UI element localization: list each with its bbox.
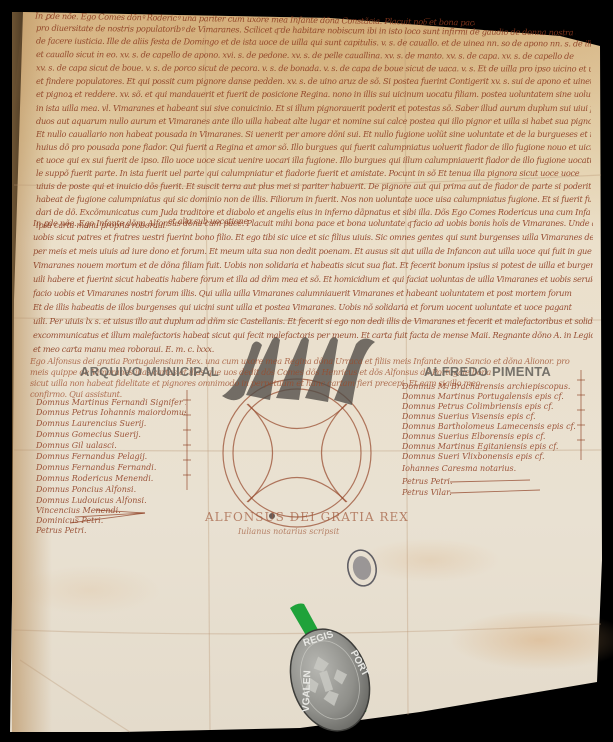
- witness-item: Domnus Sueri Vlixbonensis epis cf.: [402, 452, 545, 461]
- witness-item: Vincencius Menendi.: [36, 506, 121, 515]
- text-line: et meo carta manu mea roboraui. E. m. c.…: [33, 344, 233, 354]
- text-line: huius dõ pro pousada pone fiador. Qui fu…: [36, 142, 591, 152]
- watermark-text-left: ARQUIVO MUNICIPAL: [80, 364, 219, 379]
- witness-item: Domnus Gomecius Suerij.: [36, 430, 141, 439]
- witness-item: Domnus Suerius Elborensis epis cf.: [402, 432, 545, 441]
- text-line: uiuis de poste qui et inuicio dõs fuerit…: [36, 181, 591, 191]
- rota-signature: ALFONSUS DEI GRATIA REX: [205, 510, 409, 524]
- text-line: et findere populatores. Et qui possit cu…: [36, 76, 591, 86]
- witness-item: Domnus Gil ualasci.: [36, 441, 117, 450]
- rota-subscription: Iulianus notarius scripsit: [238, 527, 339, 536]
- text-line: xv. s. de capa sicut de boue. v. s. de p…: [36, 63, 591, 74]
- watermark-text-right: ALFREDO PIMENTA: [424, 364, 551, 379]
- text-line: et cauallo sicut in eo. xv. s. de capell…: [36, 49, 591, 61]
- witness-item: Domnus Laurencius Suerij.: [36, 419, 146, 428]
- viewer-stage: REGIS PORT VGALEN In ꝑde nõe. Ego Comes …: [0, 0, 613, 742]
- text-line: uobis sicut patres et fratres uestri fue…: [33, 232, 593, 242]
- witness-item: Petrus Petri.: [402, 477, 453, 486]
- text-line: Et de illis habeatis de illos burgenses …: [33, 302, 593, 312]
- witness-item: Domnus M. Bracharensis archiepiscopus.: [402, 382, 570, 391]
- text-line: Et nullo cauallario non habeat pousada i…: [36, 129, 591, 139]
- text-line: et uoce qui ex sui fuerit de ipso. Illo …: [36, 155, 591, 165]
- text-line: excommunicatus et illum malefactoris hab…: [33, 330, 593, 340]
- witness-item: Petrus Petri.: [36, 526, 87, 535]
- text-line: uili. Per uiuis lx s. et uisus illo aut …: [33, 316, 593, 326]
- text-line: Vimaranes nouem mortum et de dõna filiam…: [33, 260, 593, 270]
- witness-item: Domnus Fernandus Pelagij.: [36, 452, 147, 461]
- text-line: facio uobis et Vimaranes nostri forum il…: [33, 288, 593, 298]
- text-line: et pignoꝝ et reddere. xv. sõ. et qui man…: [36, 89, 591, 99]
- witness-item: Domnus Fernandus Fernandi.: [36, 463, 156, 472]
- witness-item: Domnus Rodericus Menendi.: [36, 474, 153, 483]
- witness-item: Domnus Bartholomeus Lamecensis epis cf.: [402, 422, 576, 431]
- witness-item: Domnus Petrus Colimbriensis epis cf.: [402, 402, 553, 411]
- witness-item: Domnus Martinus Egitaniensis epis cf.: [402, 442, 558, 451]
- text-line: le suppõ fuerit parte. In ista fuerit ue…: [36, 168, 591, 178]
- text-line: uili habere et fuerint sicut habeatis ha…: [33, 274, 593, 284]
- text-line: habeat de fugione calumpniatus qui sic d…: [36, 194, 591, 204]
- witness-item: Domnus Suerius Visensis epis cf.: [402, 412, 536, 421]
- text-line: duos aut aquarum nullo aurum et Vimarane…: [36, 116, 591, 126]
- text-line: in ista uilla mea. vl. Vimaranes et habe…: [36, 103, 591, 113]
- witness-item: Domnus Ludouicus Alfonsi.: [36, 496, 147, 505]
- seal-legend-bottom: VGALEN: [301, 670, 313, 712]
- witness-item: Domnus Poncius Alfonsi.: [36, 485, 136, 494]
- witness-item: Domnus Petrus Iohannis maiordomus Curie.: [36, 408, 186, 417]
- text-line: dari de dõ. Excõmunicatus cum Juda tradi…: [36, 207, 591, 217]
- witness-item: Dominicus Petri.: [36, 516, 103, 525]
- witness-item: Iohannes Caresma notarius.: [402, 464, 516, 473]
- text-line: In ꝑde nõe. Ego Infante dõna Alfonsus dõ…: [33, 218, 593, 228]
- witness-item: Domnus Martinus Fernandi Signifer Dni Re…: [36, 398, 186, 407]
- text-line: per meis et meis uiuis ad iure dono et f…: [33, 246, 593, 256]
- witness-item: Domnus Martinus Portugalensis epis cf.: [402, 392, 564, 401]
- witness-item: Petrus Vilar.: [402, 488, 452, 497]
